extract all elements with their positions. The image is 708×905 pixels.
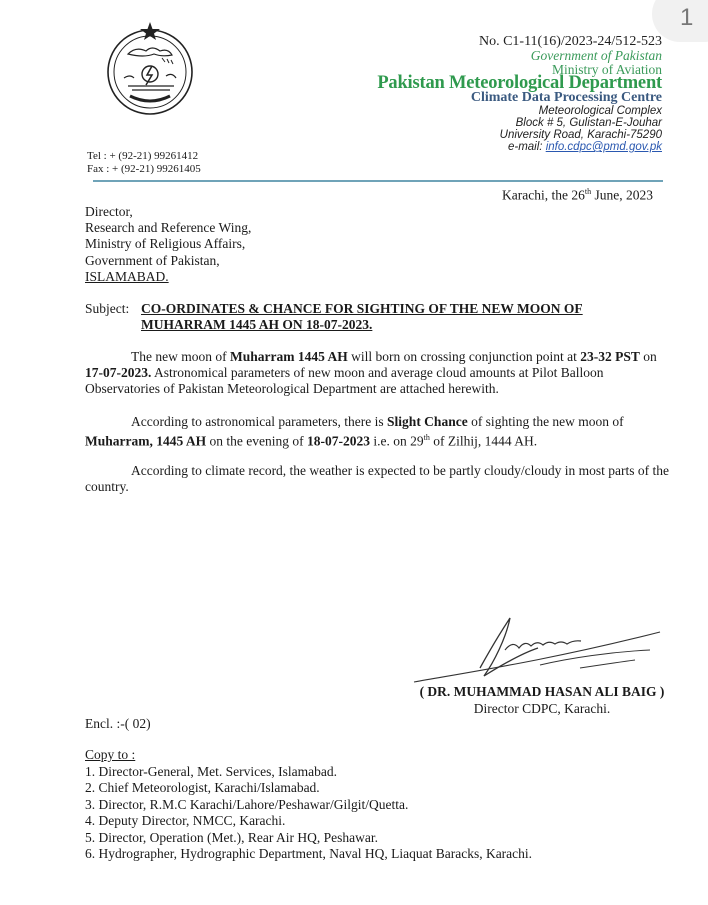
email-line: e-mail: info.cdpc@pmd.gov.pk — [508, 141, 662, 153]
copy-to-block: Copy to : 1. Director-General, Met. Serv… — [85, 747, 532, 863]
subject-label: Subject: — [85, 301, 129, 316]
addressee-city: ISLAMABAD. — [85, 269, 251, 285]
signatory-block: ( DR. MUHAMMAD HASAN ALI BAIG ) Director… — [414, 683, 670, 717]
address-line-1: Meteorological Complex — [539, 105, 662, 117]
copy-to-list: 1. Director-General, Met. Services, Isla… — [85, 764, 532, 863]
enclosure-note: Encl. :-( 02) — [85, 716, 151, 732]
address-line-2: Block # 5, Gulistan-E-Jouhar — [516, 117, 662, 129]
signature-icon — [410, 610, 670, 685]
paragraph-2: According to astronomical parameters, th… — [85, 414, 675, 450]
signatory-title: Director CDPC, Karachi. — [414, 700, 670, 717]
list-item: 4. Deputy Director, NMCC, Karachi. — [85, 813, 532, 830]
centre-name: Climate Data Processing Centre — [471, 90, 662, 106]
addressee-line: Ministry of Religious Affairs, — [85, 236, 251, 252]
signatory-name: ( DR. MUHAMMAD HASAN ALI BAIG ) — [414, 683, 670, 700]
pmd-emblem-icon — [100, 18, 200, 118]
addressee-block: Director, Research and Reference Wing, M… — [85, 204, 251, 285]
letter-date: Karachi, the 26th June, 2023 — [502, 187, 653, 204]
fax-number: Fax : + (92-21) 99261405 — [87, 163, 201, 176]
subject-block: Subject: CO-ORDINATES & CHANCE FOR SIGHT… — [85, 301, 129, 317]
header-divider — [93, 180, 663, 182]
addressee-line: Government of Pakistan, — [85, 253, 251, 269]
page-number: 1 — [680, 4, 693, 32]
tel-number: Tel : + (92-21) 99261412 — [87, 150, 198, 163]
list-item: 1. Director-General, Met. Services, Isla… — [85, 764, 532, 781]
list-item: 6. Hydrographer, Hydrographic Department… — [85, 846, 532, 863]
list-item: 5. Director, Operation (Met.), Rear Air … — [85, 830, 532, 847]
addressee-line: Director, — [85, 204, 251, 220]
paragraph-3: According to climate record, the weather… — [85, 463, 675, 495]
subject-text: CO-ORDINATES & CHANCE FOR SIGHTING OF TH… — [141, 301, 621, 333]
list-item: 2. Chief Meteorologist, Karachi/Islamaba… — [85, 780, 532, 797]
list-item: 3. Director, R.M.C Karachi/Lahore/Peshaw… — [85, 797, 532, 814]
copy-to-heading: Copy to : — [85, 747, 532, 764]
address-line-3: University Road, Karachi-75290 — [500, 129, 662, 141]
email-link[interactable]: info.cdpc@pmd.gov.pk — [546, 141, 662, 153]
paragraph-1: The new moon of Muharram 1445 AH will bo… — [85, 349, 675, 397]
addressee-line: Research and Reference Wing, — [85, 220, 251, 236]
email-label: e-mail: — [508, 141, 543, 153]
